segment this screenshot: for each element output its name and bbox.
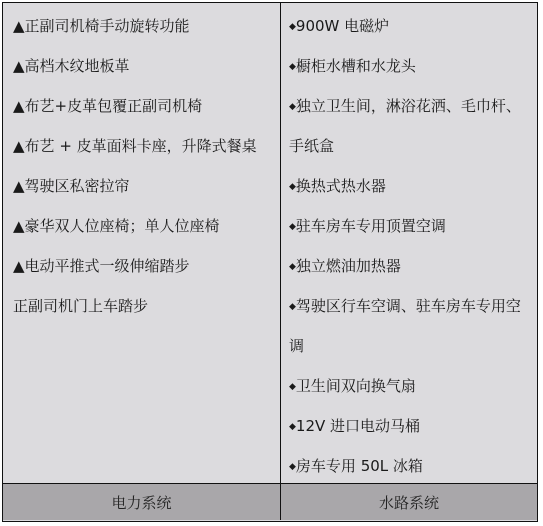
diamond-bullet-icon: ◆ xyxy=(289,62,296,72)
list-item: ◆卫生间双向换气扇 xyxy=(289,376,416,397)
triangle-bullet-icon: ▲ xyxy=(13,217,25,235)
list-item: ▲正副司机椅手动旋转功能 xyxy=(13,16,190,36)
list-item: ◆12V 进口电动马桶 xyxy=(289,416,420,437)
list-item: ▲驾驶区私密拉帘 xyxy=(13,176,130,196)
triangle-bullet-icon: ▲ xyxy=(13,137,25,155)
diamond-bullet-icon: ◆ xyxy=(289,222,296,232)
triangle-bullet-icon: ▲ xyxy=(13,177,25,195)
list-item: ◆独立卫生间，淋浴花洒、毛巾杆、 xyxy=(289,96,521,117)
diamond-bullet-icon: ◆ xyxy=(289,262,296,272)
list-item: ◆独立燃油加热器 xyxy=(289,256,401,277)
list-item: ◆橱柜水槽和水龙头 xyxy=(289,56,416,77)
diamond-bullet-icon: ◆ xyxy=(289,422,296,432)
list-item: ◆900W 电磁炉 xyxy=(289,16,389,37)
list-item: ▲布艺 + 皮革面料卡座，升降式餐桌 xyxy=(13,136,257,156)
diamond-bullet-icon: ◆ xyxy=(289,182,296,192)
list-item: ◆房车专用 50L 冰箱 xyxy=(289,456,423,477)
list-item: ◆驻车房车专用顶置空调 xyxy=(289,216,446,237)
triangle-bullet-icon: ▲ xyxy=(13,57,25,75)
list-item: ▲高档木纹地板革 xyxy=(13,56,130,76)
footer-label-water: 水路系统 xyxy=(281,484,537,520)
triangle-bullet-icon: ▲ xyxy=(13,257,25,275)
list-item: 正副司机门上车踏步 xyxy=(13,296,148,316)
list-item: ▲豪华双人位座椅；单人位座椅 xyxy=(13,216,220,236)
diamond-bullet-icon: ◆ xyxy=(289,102,296,112)
list-item-continuation: 调 xyxy=(289,336,304,356)
diamond-bullet-icon: ◆ xyxy=(289,302,296,312)
list-item-continuation: 手纸盒 xyxy=(289,136,334,156)
left-column: ▲正副司机椅手动旋转功能 ▲高档木纹地板革 ▲布艺+皮革包覆正副司机椅 ▲布艺 … xyxy=(3,3,281,483)
diamond-bullet-icon: ◆ xyxy=(289,462,296,472)
diamond-bullet-icon: ◆ xyxy=(289,22,296,32)
triangle-bullet-icon: ▲ xyxy=(13,17,25,35)
triangle-bullet-icon: ▲ xyxy=(13,97,25,115)
feature-table: ▲正副司机椅手动旋转功能 ▲高档木纹地板革 ▲布艺+皮革包覆正副司机椅 ▲布艺 … xyxy=(2,2,538,522)
list-item: ▲电动平推式一级伸缩踏步 xyxy=(13,256,190,276)
right-column: ◆900W 电磁炉 ◆橱柜水槽和水龙头 ◆独立卫生间，淋浴花洒、毛巾杆、 手纸盒… xyxy=(281,3,537,483)
list-item: ◆驾驶区行车空调、驻车房车专用空 xyxy=(289,296,521,317)
table-footer-row: 电力系统 水路系统 xyxy=(3,483,537,520)
list-item: ▲布艺+皮革包覆正副司机椅 xyxy=(13,96,202,116)
footer-label-electrical: 电力系统 xyxy=(3,484,281,520)
list-item: ◆换热式热水器 xyxy=(289,176,386,197)
diamond-bullet-icon: ◆ xyxy=(289,382,296,392)
